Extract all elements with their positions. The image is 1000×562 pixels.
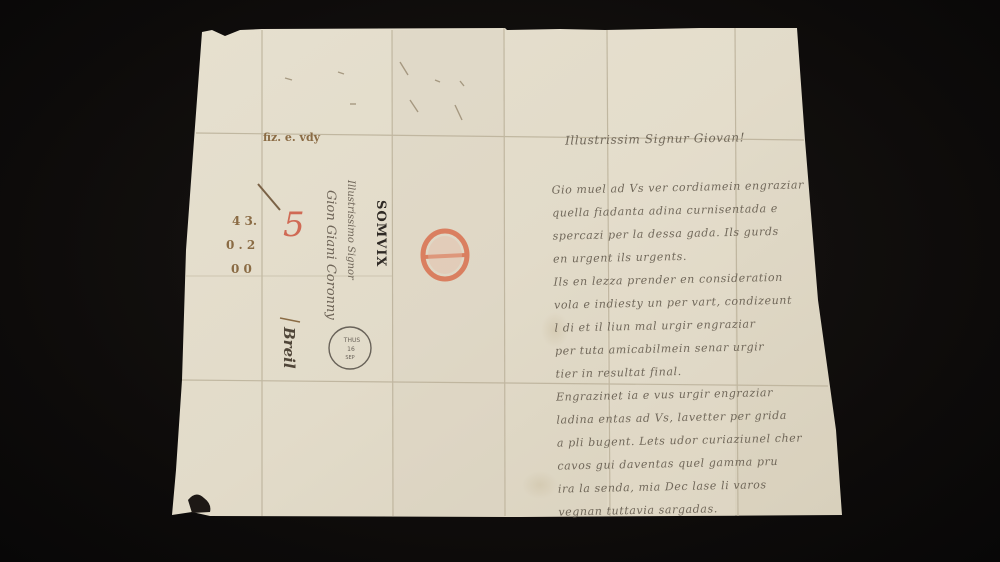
brown-notation-top: fiz. e. vdy — [263, 131, 320, 144]
letter-photo: THUS 16 SEP fiz. e. vdy 4 3. 0 . 2 0 0 5… — [0, 0, 1000, 562]
address-line-2: Gion Giani Coronny — [323, 190, 338, 320]
wax-seal — [423, 231, 467, 279]
svg-text:THUS: THUS — [343, 337, 361, 344]
svg-text:SEP: SEP — [345, 355, 354, 361]
letter-body: Gio muel ad Vs ver cordiamein engraziar … — [551, 173, 810, 523]
postage-rate-mark: 5 — [283, 205, 305, 245]
address-city: Breil — [280, 327, 298, 369]
town-name-stamp: SOMVIX — [373, 200, 388, 267]
brown-notation-row1: 4 3. — [232, 214, 257, 228]
brown-notation-row2: 0 . 2 — [226, 238, 255, 252]
brown-notation-row3: 0 0 — [231, 262, 252, 276]
letter-paper: THUS 16 SEP — [0, 0, 1000, 562]
address-line-1: Illustrissimo Signor — [345, 180, 356, 280]
svg-text:16: 16 — [347, 346, 355, 353]
